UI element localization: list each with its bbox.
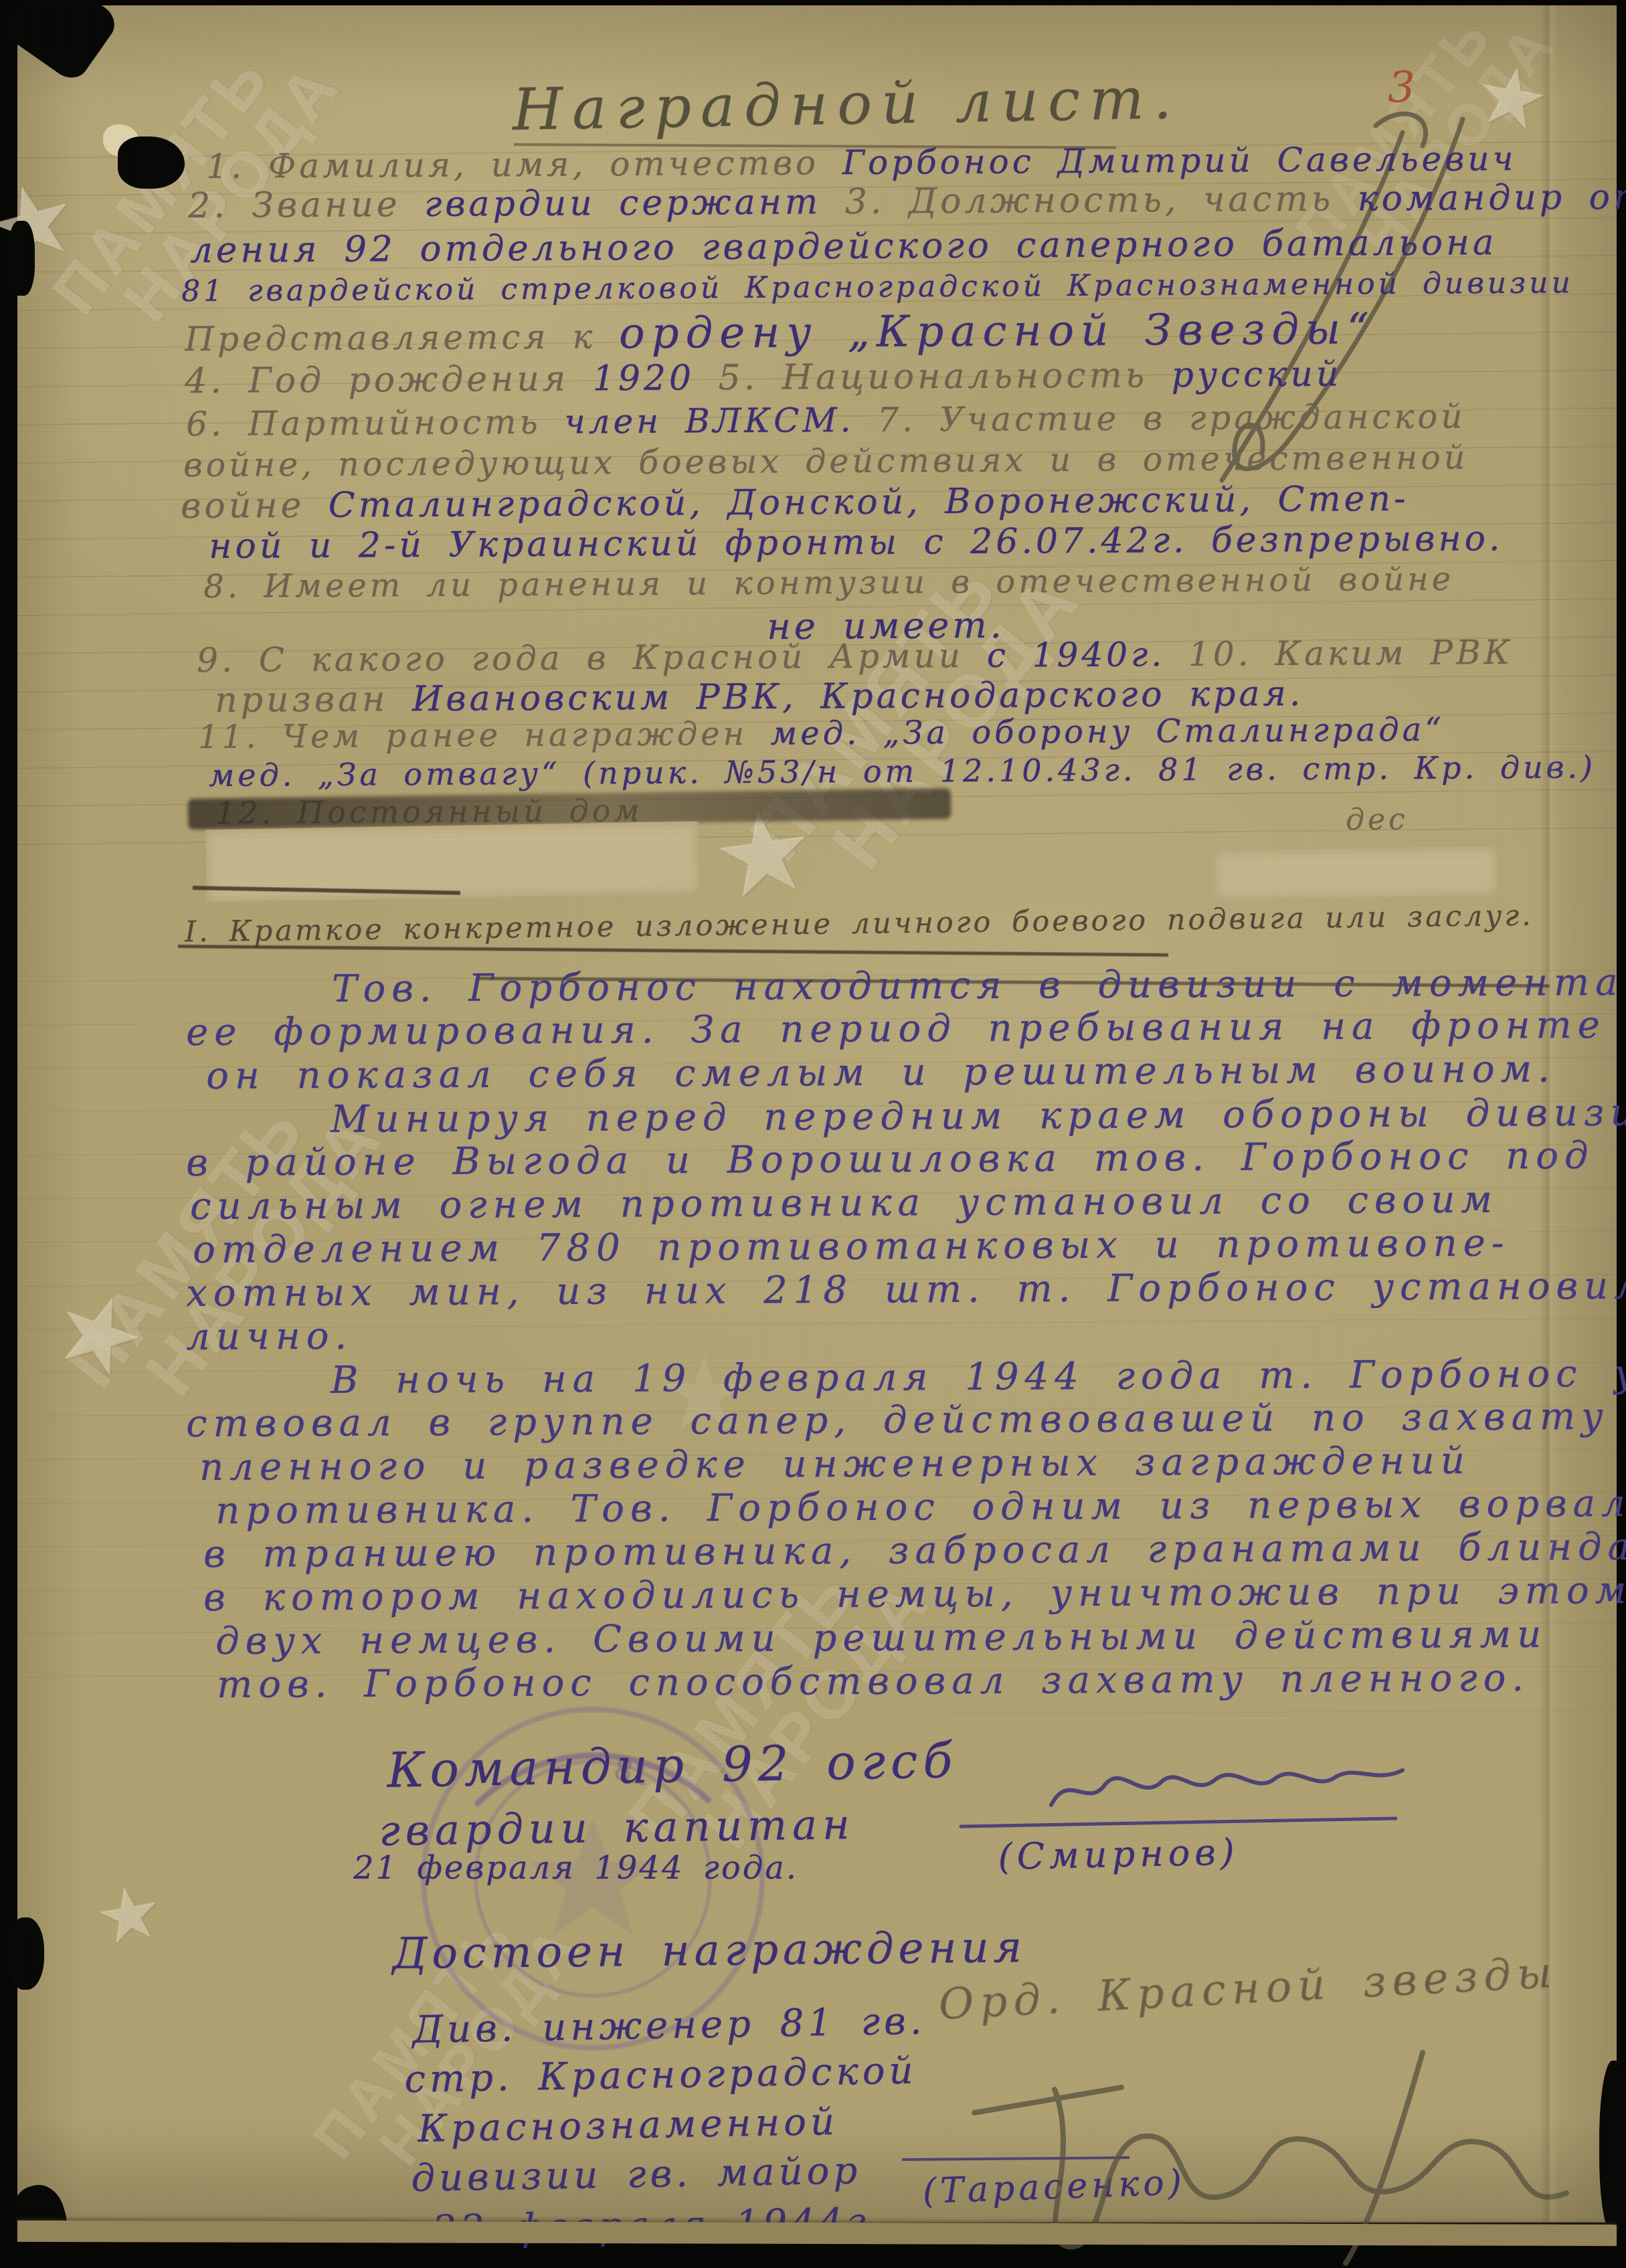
form-line: ления 92 отдельного гвардейского саперно…: [190, 222, 1498, 271]
form-line: войне Сталинградской, Донской, Воронежск…: [181, 479, 1409, 527]
form-label-text: войне, последующих боевых действиях и в …: [183, 438, 1468, 484]
form-line: 4. Год рождения 1920 5. Национальность р…: [185, 354, 1342, 401]
form-label-text: 10. Каким РВК: [1188, 633, 1514, 674]
page-number: 3: [1388, 63, 1415, 112]
form-label-text: 11. Чем ранее награжден: [198, 715, 771, 756]
form-entry-text: командир отде-: [1357, 177, 1626, 219]
body-line: в районе Выгода и Ворошиловка тов. Горбо…: [186, 1134, 1595, 1185]
form-entry-text: ордену „Красной Звезды“: [619, 304, 1376, 359]
body-line: В ночь на 19 февраля 1944 года т. Горбон…: [331, 1351, 1626, 1402]
form-entry-text: 1920: [592, 358, 718, 399]
form-line: 6. Партийность член ВЛКСМ. 7. Участие в …: [186, 397, 1466, 444]
body-line: Тов. Горбонос находится в дивизии с моме…: [332, 961, 1624, 1011]
commander-date-line: 21 февраля 1944 года.: [353, 1849, 798, 1887]
engineer-line: Краснознаменной: [418, 2100, 839, 2151]
form-label-text: Представляется к: [185, 317, 619, 359]
paper-damage: [118, 136, 185, 189]
form-label-text: призван: [215, 679, 412, 721]
engineer-line: стр. Красноградской: [404, 2049, 917, 2101]
form-label-text: 6. Партийность: [186, 403, 565, 444]
star-watermark-icon: ★: [90, 1867, 169, 1962]
body-line: ствовал в группе сапер, действовавшей по…: [186, 1395, 1609, 1446]
body-line: ее формирования. За период пребывания на…: [186, 1004, 1606, 1054]
paper-damage: [0, 0, 122, 85]
form-line: войне, последующих боевых действиях и в …: [183, 438, 1468, 484]
address-fragment: дес: [1346, 802, 1409, 837]
form-label-text: 3. Должность, часть: [845, 179, 1358, 222]
form-label-text: 9. С какого года в Красной Армии: [197, 636, 987, 680]
form-entry-text: гвардии сержант: [424, 182, 845, 225]
form-label-text: 5. Национальность: [718, 355, 1171, 398]
form-entry-text: с 1940г.: [987, 635, 1189, 675]
form-label-text: войне: [181, 486, 329, 527]
body-line: он показал себя смелым и решительным вои…: [206, 1047, 1556, 1098]
form-line: Представляется к ордену „Красной Звезды“: [185, 304, 1376, 361]
worthy-note: Достоен награждения: [392, 1923, 1026, 1979]
body-line: сильным огнем противника установил со св…: [190, 1178, 1498, 1228]
engineer-line: дивизии гв. майор: [411, 2149, 862, 2200]
document-page: ПАМЯТЬНАРОДАПАМЯТЬНАРОДАПАМЯТЬНАРОДАПАМЯ…: [17, 5, 1617, 2223]
section-heading: I. Краткое конкретное изложение личного …: [185, 899, 1534, 949]
body-line: противника. Тов. Горбонос одним из первы…: [215, 1481, 1626, 1533]
form-line: мед. „За отвагу“ (прик. №53/н от 12.10.4…: [209, 749, 1596, 793]
form-entry-text: член ВЛКСМ.: [564, 401, 877, 442]
body-line: лично.: [186, 1315, 353, 1359]
form-label-text: 2. Звание: [188, 185, 424, 226]
redaction-block-2: [1213, 846, 1498, 900]
form-line: 9. С какого года в Красной Армии с 1940г…: [197, 633, 1514, 680]
form-line: 11. Чем ранее награжден мед. „За оборону…: [198, 711, 1445, 756]
paper-damage: [1599, 2061, 1626, 2235]
heading-underline-1: [178, 945, 1168, 957]
paper-damage: [7, 2180, 74, 2256]
commander-signature-name: (Смирнов): [998, 1830, 1239, 1878]
form-entry-text: ной и 2-й Украинский фронты с 26.07.42г.…: [209, 518, 1504, 567]
form-label-text: 4. Год рождения: [185, 359, 593, 401]
form-label-text: 8. Имеет ли ранения и контузии в отечест…: [203, 561, 1454, 605]
second-sheet-edge: [17, 2220, 1617, 2246]
paper-damage: [8, 221, 35, 296]
body-line: в котором находились немцы, уничтожив пр…: [203, 1569, 1626, 1620]
pencil-award-note: Орд. Красной звезды: [937, 1948, 1559, 2030]
body-line: отделением 780 противотанковых и противо…: [193, 1222, 1510, 1272]
body-line: двух немцев. Своими решительными действи…: [215, 1613, 1547, 1663]
body-line: в траншею противника, забросал гранатами…: [203, 1525, 1626, 1576]
body-line: Минируя перед передним краем обороны див…: [331, 1091, 1626, 1141]
star-watermark-icon: ★: [37, 1264, 161, 1405]
form-label-text: 7. Участие в гражданской: [877, 397, 1466, 439]
engineer-line: Див. инженер 81 гв.: [412, 2000, 926, 2052]
commander-rank-line: гвардии капитан: [379, 1800, 855, 1855]
form-entry-text: ления 92 отдельного гвардейского саперно…: [190, 222, 1498, 271]
document-title: Наградной лист.: [512, 65, 1182, 143]
body-line: пленного и разведке инженерных загражден…: [199, 1439, 1471, 1489]
form-entry-text: Сталинградской, Донской, Воронежский, Ст…: [329, 479, 1409, 526]
paper-damage: [7, 1917, 44, 1990]
form-entry-text: Горбонос Дмитрий Савельевич: [842, 139, 1517, 182]
form-line: 8. Имеет ли ранения и контузии в отечест…: [203, 561, 1454, 605]
form-entry-text: мед. „За отвагу“ (прик. №53/н от 12.10.4…: [209, 749, 1596, 793]
form-line: ной и 2-й Украинский фронты с 26.07.42г.…: [209, 518, 1504, 567]
form-entry-text: мед. „За оборону Сталинграда“: [770, 711, 1445, 753]
form-label-text: 1. Фамилия, имя, отчество: [206, 143, 842, 186]
form-entry-text: русский: [1171, 354, 1342, 395]
document-scan: ПАМЯТЬНАРОДАПАМЯТЬНАРОДАПАМЯТЬНАРОДАПАМЯ…: [0, 0, 1626, 2268]
body-line: хотных мин, из них 218 шт. т. Горбонос у…: [186, 1264, 1626, 1315]
commander-title-line: Командир 92 огсб: [387, 1732, 958, 1798]
